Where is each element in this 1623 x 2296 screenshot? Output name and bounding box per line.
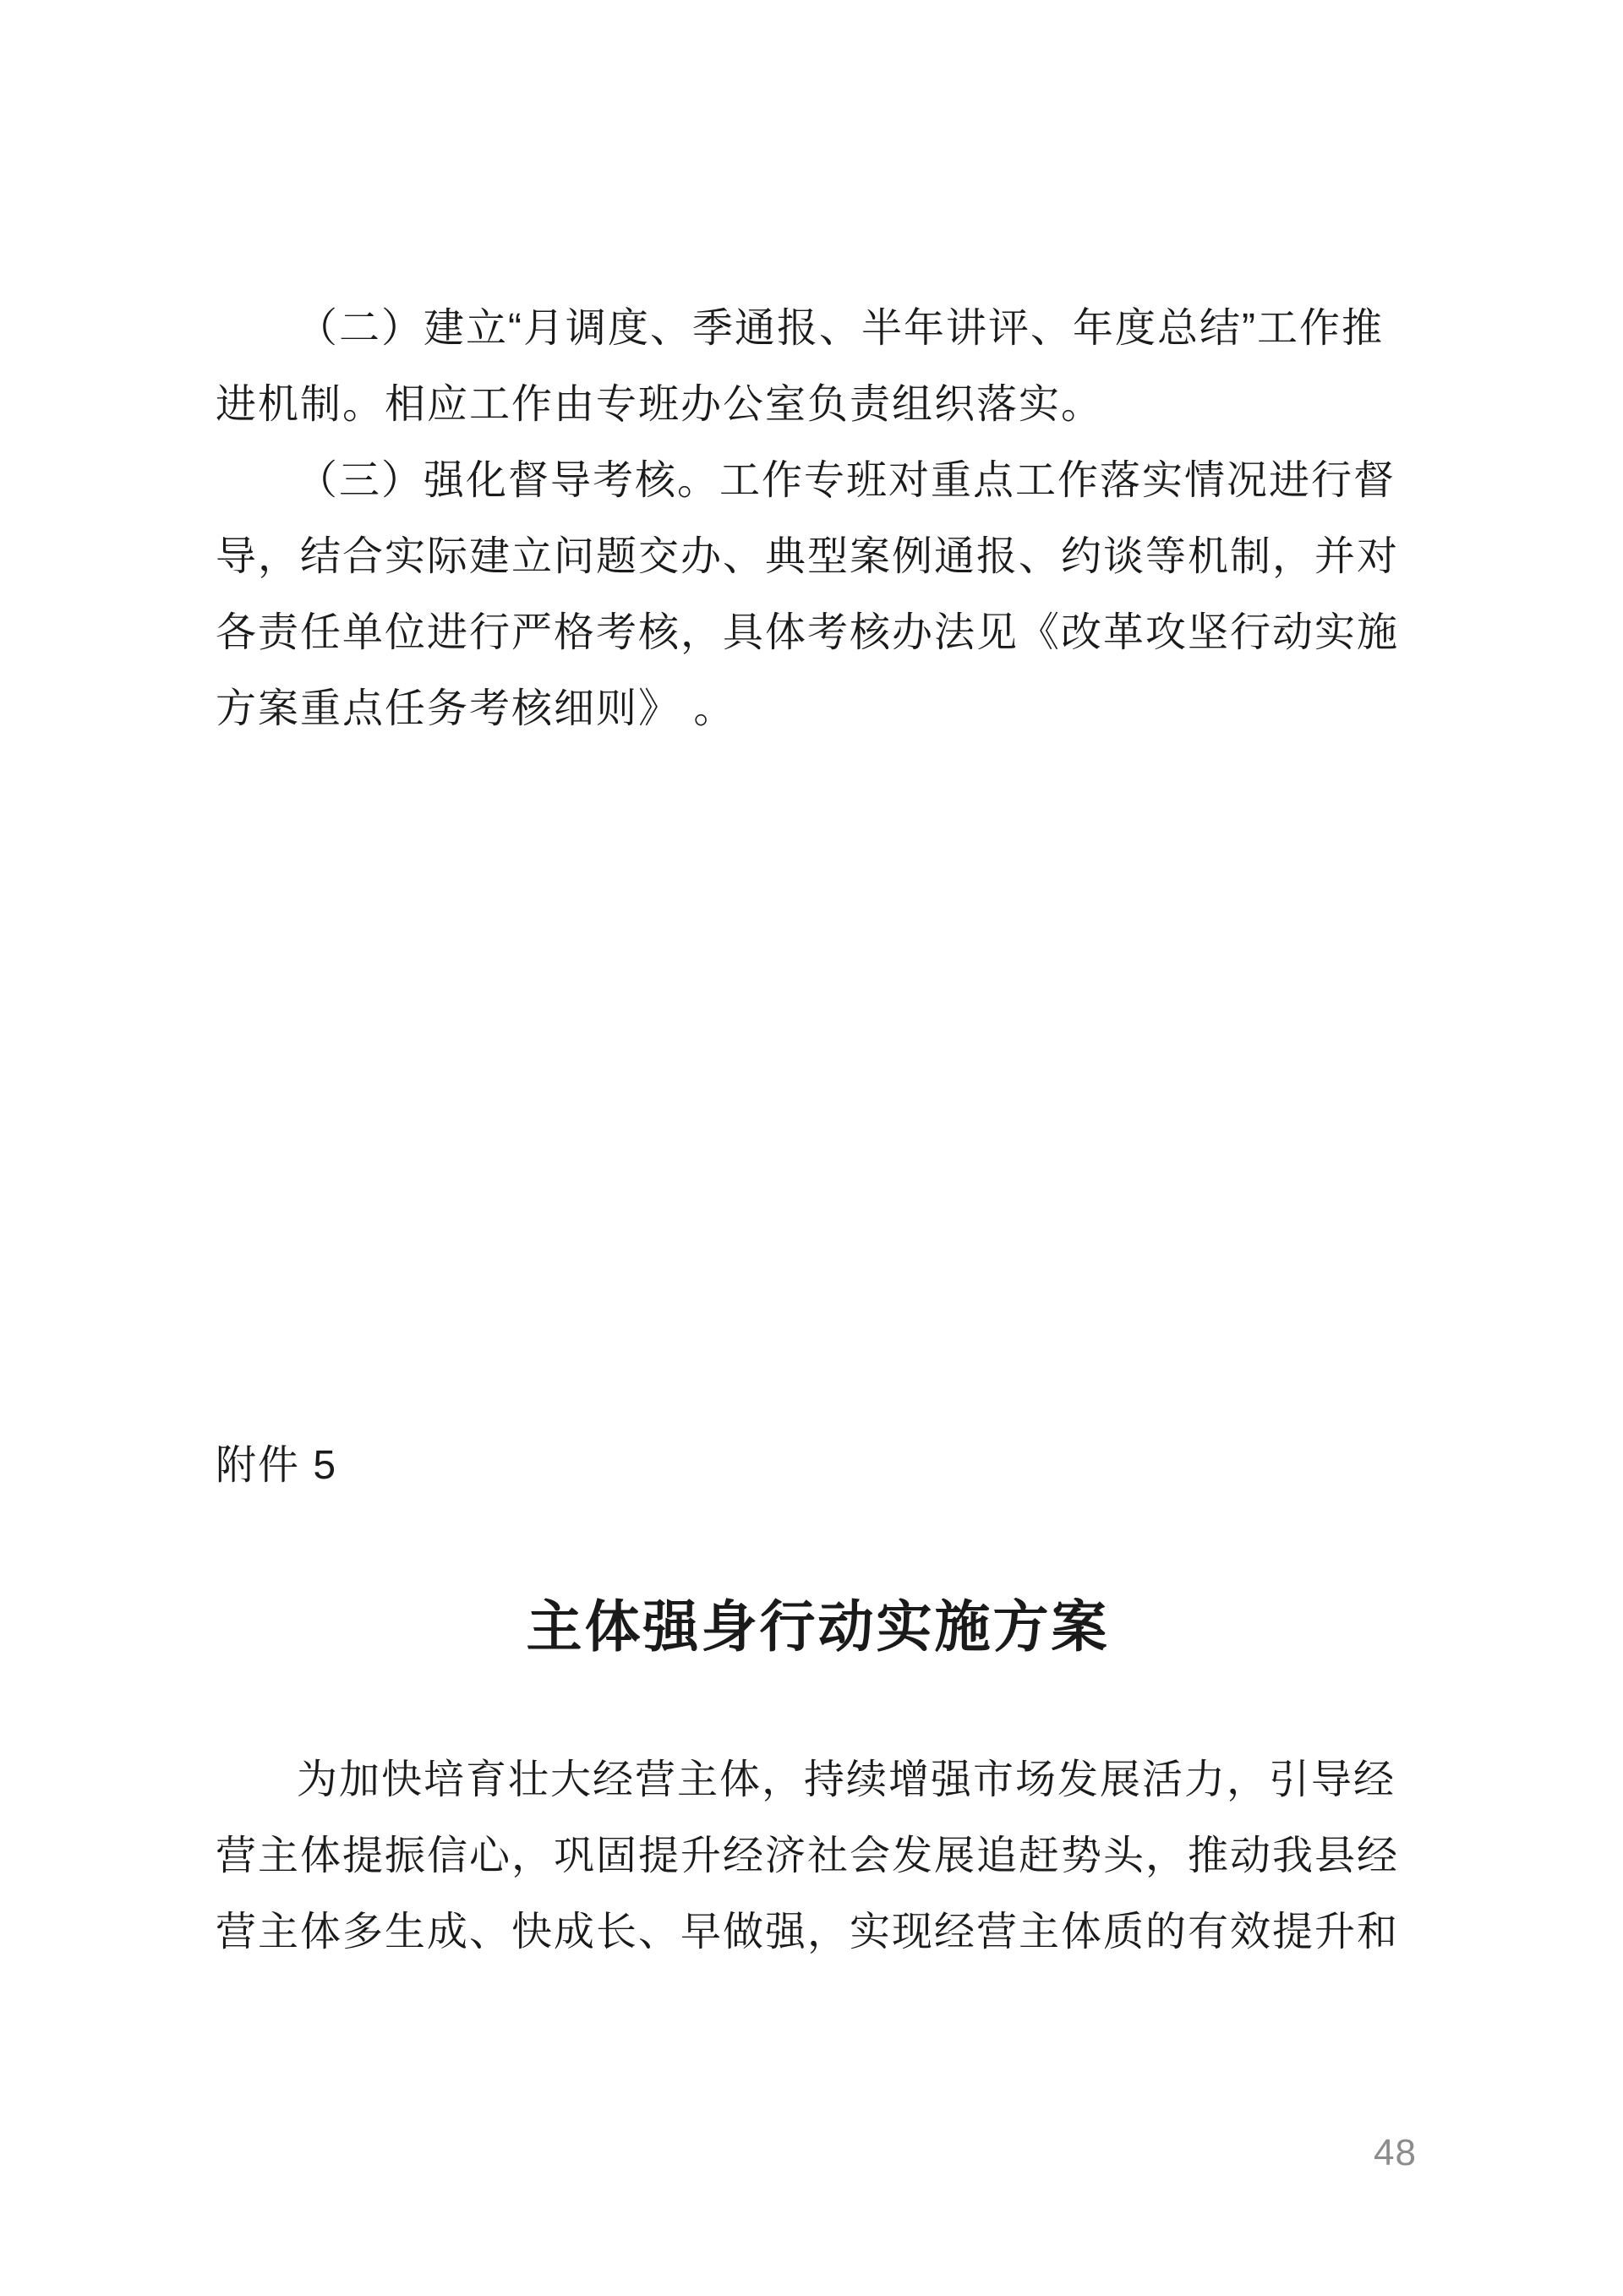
text-line: 营主体提振信心，巩固提升经济社会发展追赶势头，推动我县经 (216, 1818, 1420, 1894)
document-content: （二）建立“月调度、季通报、半年讲评、年度总结”工作推 进机制。相应工作由专班办… (0, 291, 1623, 1971)
document-title: 主体强身行动实施方案 (216, 1588, 1420, 1665)
text-line: 营主体多生成、快成长、早做强，实现经营主体质的有效提升和 (216, 1894, 1420, 1971)
text-line: 进机制。相应工作由专班办公室负责组织落实。 (216, 367, 1420, 443)
attachment-label: 附件 5 (216, 1428, 1420, 1504)
paragraph-intro: 为加快培育壮大经营主体，持续增强市场发展活力，引导经 营主体提振信心，巩固提升经… (216, 1742, 1420, 1971)
text-line: （二）建立“月调度、季通报、半年讲评、年度总结”工作推 (216, 291, 1420, 367)
text-line: 方案重点任务考核细则》 。 (216, 671, 1420, 747)
page-number: 48 (1374, 2132, 1417, 2174)
document-page: （二）建立“月调度、季通报、半年讲评、年度总结”工作推 进机制。相应工作由专班办… (0, 0, 1623, 2296)
text-line: 各责任单位进行严格考核，具体考核办法见《改革攻坚行动实施 (216, 595, 1420, 671)
text-line: （三）强化督导考核。工作专班对重点工作落实情况进行督 (216, 443, 1420, 519)
paragraph-work-mechanism: （二）建立“月调度、季通报、半年讲评、年度总结”工作推 进机制。相应工作由专班办… (216, 291, 1420, 443)
text-line: 为加快培育壮大经营主体，持续增强市场发展活力，引导经 (216, 1742, 1420, 1818)
paragraph-supervision-assessment: （三）强化督导考核。工作专班对重点工作落实情况进行督 导，结合实际建立问题交办、… (216, 443, 1420, 747)
text-line: 导，结合实际建立问题交办、典型案例通报、约谈等机制，并对 (216, 519, 1420, 595)
